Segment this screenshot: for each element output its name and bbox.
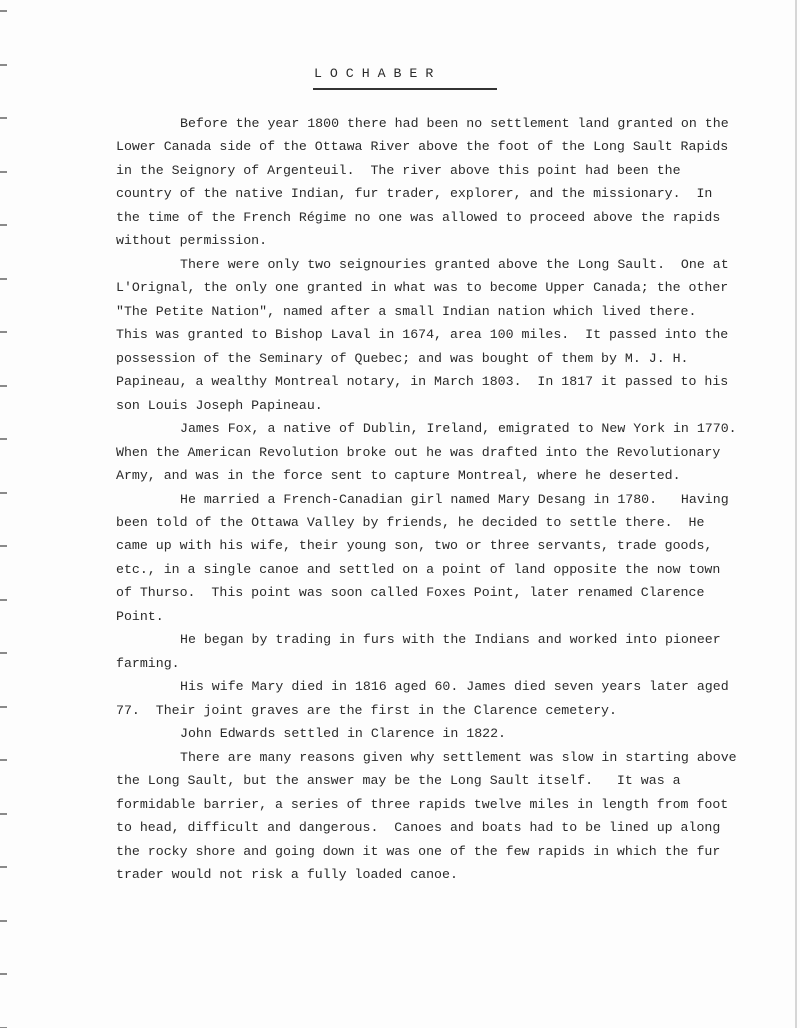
margin-tick <box>0 706 7 708</box>
margin-tick <box>0 759 7 761</box>
text-line: farming. <box>116 652 756 675</box>
margin-tick <box>0 10 7 12</box>
text-line: trader would not risk a fully loaded can… <box>116 863 756 886</box>
text-line: 77. Their joint graves are the first in … <box>116 699 756 722</box>
margin-tick <box>0 973 7 975</box>
text-line: Army, and was in the force sent to captu… <box>116 464 756 487</box>
text-line: This was granted to Bishop Laval in 1674… <box>116 323 756 346</box>
margin-tick <box>0 64 7 66</box>
paragraph-first-line: He married a French-Canadian girl named … <box>116 488 756 511</box>
text-line: to head, difficult and dangerous. Canoes… <box>116 816 756 839</box>
text-line: the rocky shore and going down it was on… <box>116 840 756 863</box>
paragraph-first-line: His wife Mary died in 1816 aged 60. Jame… <box>116 675 756 698</box>
margin-tick <box>0 599 7 601</box>
paragraph-first-line: John Edwards settled in Clarence in 1822… <box>116 722 756 745</box>
margin-tick <box>0 117 7 119</box>
text-line: the time of the French Régime no one was… <box>116 206 756 229</box>
margin-tick <box>0 492 7 494</box>
margin-tick <box>0 545 7 547</box>
paragraph-first-line: There were only two seignouries granted … <box>116 253 756 276</box>
text-line: country of the native Indian, fur trader… <box>116 182 756 205</box>
page-title: L O C H A B E R <box>314 66 497 81</box>
margin-tick <box>0 171 7 173</box>
title-underline <box>313 88 497 90</box>
text-line: came up with his wife, their young son, … <box>116 534 756 557</box>
text-line: Point. <box>116 605 756 628</box>
text-line: Papineau, a wealthy Montreal notary, in … <box>116 370 756 393</box>
margin-tick <box>0 331 7 333</box>
margin-tick <box>0 866 7 868</box>
margin-tick <box>0 652 7 654</box>
text-line: son Louis Joseph Papineau. <box>116 394 756 417</box>
margin-tick <box>0 438 7 440</box>
margin-tick <box>0 224 7 226</box>
text-line: formidable barrier, a series of three ra… <box>116 793 756 816</box>
text-line: When the American Revolution broke out h… <box>116 441 756 464</box>
margin-tick <box>0 920 7 922</box>
text-line: without permission. <box>116 229 756 252</box>
margin-tick <box>0 278 7 280</box>
text-line: Lower Canada side of the Ottawa River ab… <box>116 135 756 158</box>
margin-ticks <box>0 0 10 1028</box>
text-line: "The Petite Nation", named after a small… <box>116 300 756 323</box>
paragraph-first-line: James Fox, a native of Dublin, Ireland, … <box>116 417 756 440</box>
margin-tick <box>0 813 7 815</box>
paragraph-first-line: There are many reasons given why settlem… <box>116 746 756 769</box>
margin-tick <box>0 385 7 387</box>
page-edge <box>795 0 797 1028</box>
text-line: in the Seignory of Argenteuil. The river… <box>116 159 756 182</box>
text-line: the Long Sault, but the answer may be th… <box>116 769 756 792</box>
paragraph-first-line: He began by trading in furs with the Ind… <box>116 628 756 651</box>
text-line: possession of the Seminary of Quebec; an… <box>116 347 756 370</box>
text-line: etc., in a single canoe and settled on a… <box>116 558 756 581</box>
paragraph-first-line: Before the year 1800 there had been no s… <box>116 112 756 135</box>
text-line: L'Orignal, the only one granted in what … <box>116 276 756 299</box>
text-line: of Thurso. This point was soon called Fo… <box>116 581 756 604</box>
text-line: been told of the Ottawa Valley by friend… <box>116 511 756 534</box>
document-body: Before the year 1800 there had been no s… <box>116 112 756 886</box>
